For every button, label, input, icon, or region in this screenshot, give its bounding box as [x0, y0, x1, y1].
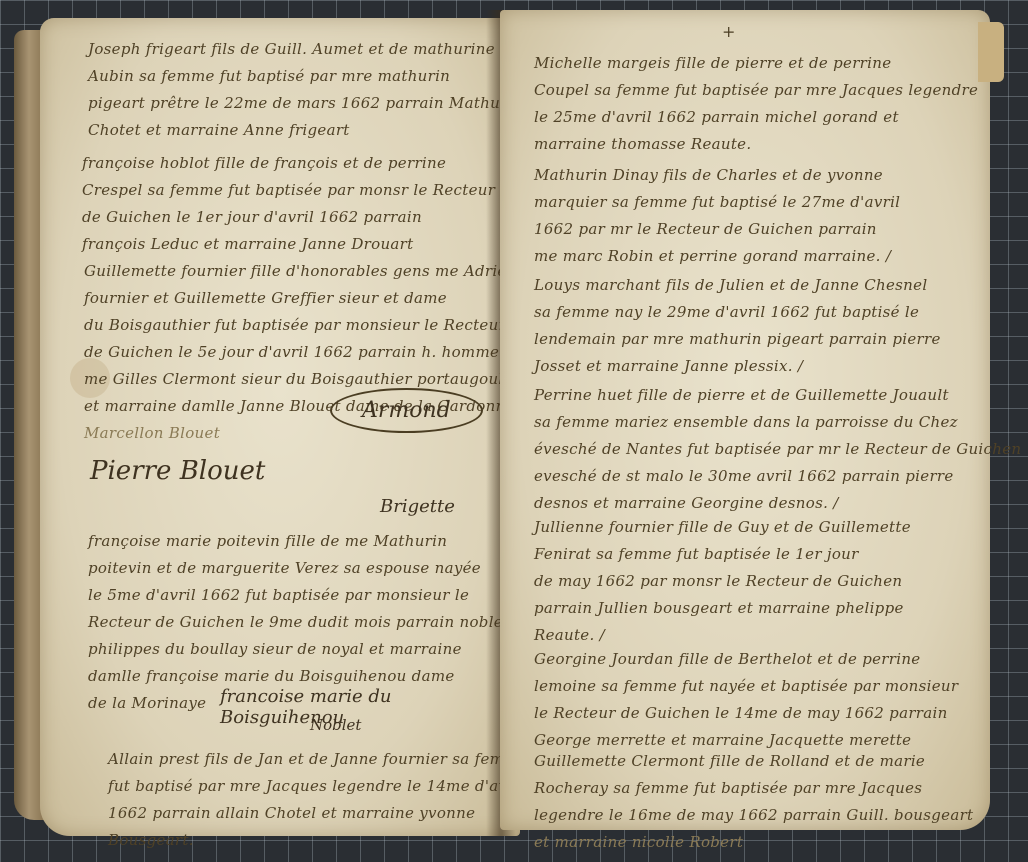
entry-line: Joseph frigeart fils de Guill. Aumet et … [88, 36, 523, 63]
entry-line: desnos et marraine Georgine desnos. / [534, 490, 1021, 517]
entry-joseph-frigeart: Joseph frigeart fils de Guill. Aumet et … [88, 36, 523, 144]
entry-line: sa femme nay le 29me d'avril 1662 fut ba… [534, 299, 941, 326]
entry-line: marquier sa femme fut baptisé le 27me d'… [534, 189, 900, 216]
entry-line: le 25me d'avril 1662 parrain michel gora… [534, 104, 978, 131]
entry-line: de Guichen le 5e jour d'avril 1662 parra… [84, 339, 519, 366]
entry-perrine-huet: Perrine huet fille de pierre et de Guill… [534, 382, 1021, 517]
entry-line: Perrine huet fille de pierre et de Guill… [534, 382, 1021, 409]
page-mark: + [722, 22, 735, 41]
entry-line: Rocheray sa femme fut baptisée par mre J… [534, 775, 973, 802]
signature-armond: Armond [330, 388, 483, 433]
entry-francoise-hoblot: françoise hoblot fille de françois et de… [82, 150, 495, 258]
entry-line: marraine thomasse Reaute. [534, 131, 978, 158]
entry-line: Guillemette fournier fille d'honorables … [84, 258, 519, 285]
entry-line: philippes du boullay sieur de noyal et m… [88, 636, 503, 663]
entry-line: Fenirat sa femme fut baptisée le 1er jou… [534, 541, 911, 568]
entry-line: poitevin et de marguerite Verez sa espou… [88, 555, 503, 582]
entry-line: lendemain par mre mathurin pigeart parra… [534, 326, 941, 353]
signature-francoise-marie: francoise marie du Boisguihenou [220, 686, 520, 728]
entry-mathurin-dinay: Mathurin Dinay fils de Charles et de yvo… [534, 162, 900, 270]
entry-line: de Guichen le 1er jour d'avril 1662 parr… [82, 204, 495, 231]
entry-line: Michelle margeis fille de pierre et de p… [534, 50, 978, 77]
entry-line: Recteur de Guichen le 9me dudit mois par… [88, 609, 503, 636]
entry-line: Jullienne fournier fille de Guy et de Gu… [534, 514, 911, 541]
signature-noblet: Noblet [310, 716, 361, 734]
entry-line: Louys marchant fils de Julien et de Jann… [534, 272, 941, 299]
entry-line: Allain prest fils de Jan et de Janne fou… [108, 746, 528, 773]
entry-michelle-margeis: Michelle margeis fille de pierre et de p… [534, 50, 978, 158]
entry-georgine-jourdan: Georgine Jourdan fille de Berthelot et d… [534, 646, 958, 754]
signature-brigette: Brigette [380, 496, 455, 517]
open-register-book: Joseph frigeart fils de Guill. Aumet et … [0, 0, 1028, 862]
signature-pierre-blouet: Pierre Blouet [90, 456, 265, 486]
entry-line: françois Leduc et marraine Janne Drouart [82, 231, 495, 258]
entry-line: Guillemette Clermont fille de Rolland et… [534, 748, 973, 775]
entry-guillemette-clermont: Guillemette Clermont fille de Rolland et… [534, 748, 973, 856]
entry-line: 1662 par mr le Recteur de Guichen parrai… [534, 216, 900, 243]
right-page: + Michelle margeis fille de pierre et de… [500, 10, 990, 830]
entry-line: legendre le 16me de may 1662 parrain Gui… [534, 802, 973, 829]
entry-line: me marc Robin et perrine gorand marraine… [534, 243, 900, 270]
entry-line: Reaute. / [534, 622, 911, 649]
entry-line: de may 1662 par monsr le Recteur de Guic… [534, 568, 911, 595]
entry-line: évesché de Nantes fut baptisée par mr le… [534, 436, 1021, 463]
entry-line: françoise marie poitevin fille de me Mat… [88, 528, 503, 555]
entry-line: Coupel sa femme fut baptisée par mre Jac… [534, 77, 978, 104]
entry-line: Chotet et marraine Anne frigeart [88, 117, 523, 144]
entry-line: me Gilles Clermont sieur du Boisgauthier… [84, 366, 519, 393]
entry-allain-prest: Allain prest fils de Jan et de Janne fou… [108, 746, 528, 854]
entry-line: françoise hoblot fille de françois et de… [82, 150, 495, 177]
entry-line: 1662 parrain allain Chotel et marraine y… [108, 800, 528, 827]
entry-line: Josset et marraine Janne plessix. / [534, 353, 941, 380]
entry-line: du Boisgauthier fut baptisée par monsieu… [84, 312, 519, 339]
entry-line: le 5me d'avril 1662 fut baptisée par mon… [88, 582, 503, 609]
entry-louys-marchant: Louys marchant fils de Julien et de Jann… [534, 272, 941, 380]
left-page: Joseph frigeart fils de Guill. Aumet et … [40, 18, 520, 836]
page-tab [978, 22, 1004, 82]
entry-line: le Recteur de Guichen le 14me de may 166… [534, 700, 958, 727]
entry-line: fut baptisé par mre Jacques legendre le … [108, 773, 528, 800]
entry-line: Bousgeart. [108, 827, 528, 854]
entry-jullienne-fournier: Jullienne fournier fille de Guy et de Gu… [534, 514, 911, 649]
entry-line: Georgine Jourdan fille de Berthelot et d… [534, 646, 958, 673]
entry-line: lemoine sa femme fut nayée et baptisée p… [534, 673, 958, 700]
entry-line: Aubin sa femme fut baptisé par mre mathu… [88, 63, 523, 90]
entry-line: evesché de st malo le 30me avril 1662 pa… [534, 463, 1021, 490]
entry-line: Mathurin Dinay fils de Charles et de yvo… [534, 162, 900, 189]
entry-line: sa femme mariez ensemble dans la parrois… [534, 409, 1021, 436]
entry-line: parrain Jullien bousgeart et marraine ph… [534, 595, 911, 622]
entry-line: Crespel sa femme fut baptisée par monsr … [82, 177, 495, 204]
entry-line: pigeart prêtre le 22me de mars 1662 parr… [88, 90, 523, 117]
entry-line: et marraine nicolle Robert [534, 829, 973, 856]
entry-line: fournier et Guillemette Greffier sieur e… [84, 285, 519, 312]
